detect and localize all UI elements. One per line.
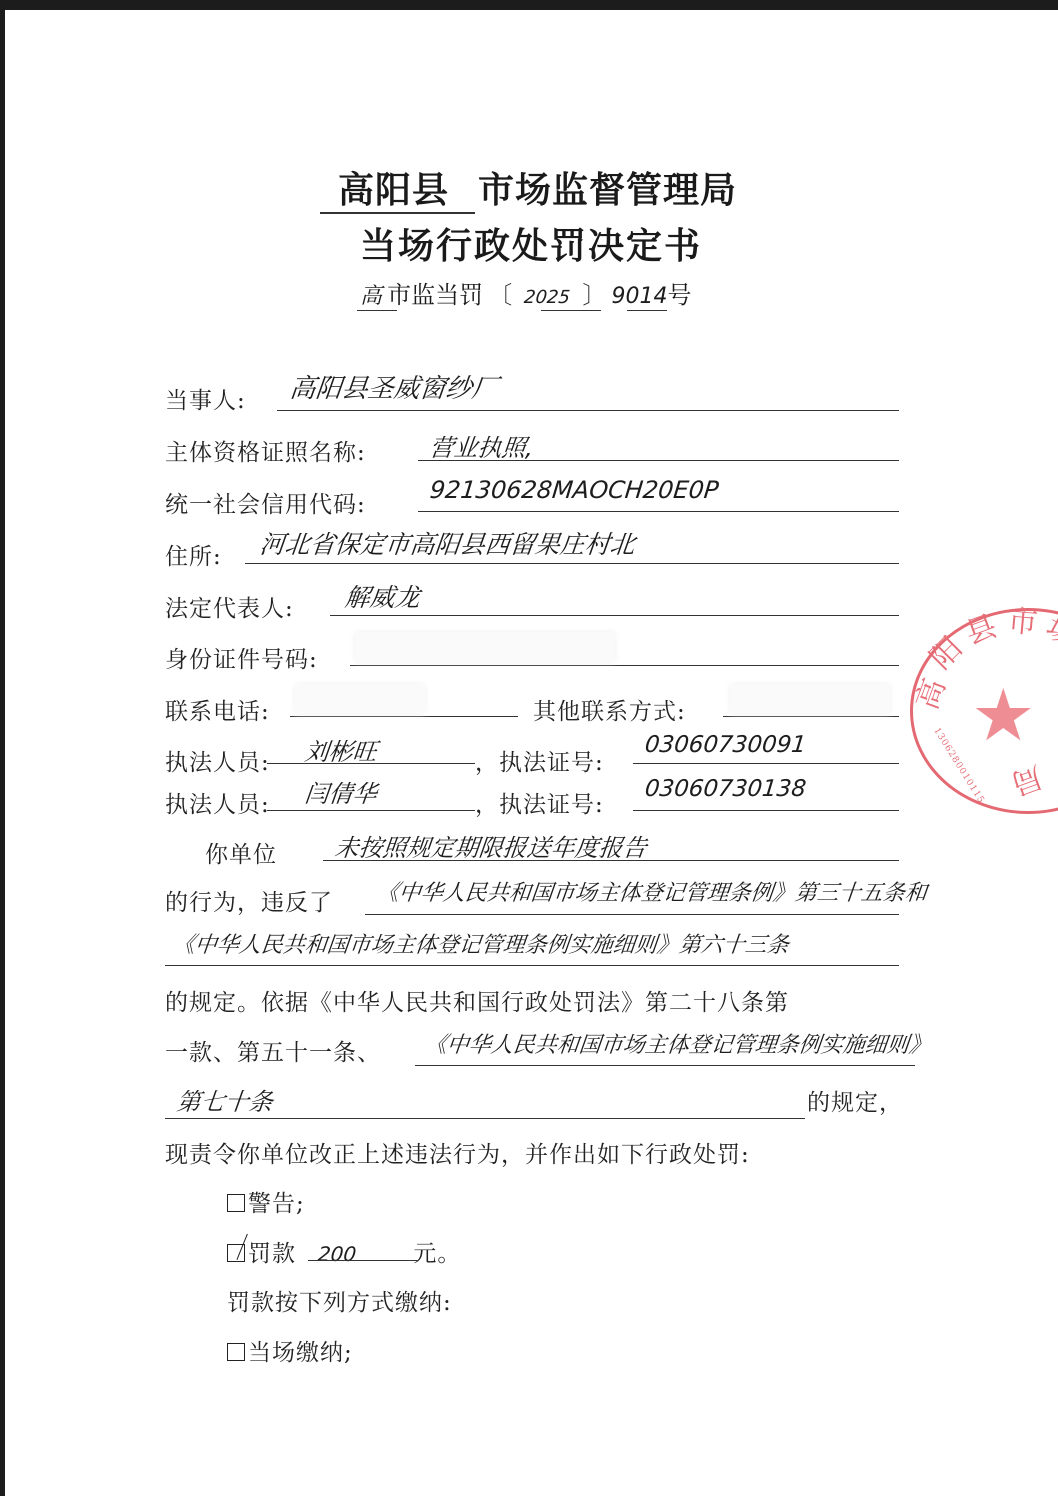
docno-bracket-close: 〕 <box>582 281 606 309</box>
docno-prefix-underline <box>357 310 397 311</box>
basis-underline-2 <box>415 1065 915 1066</box>
address-underline <box>245 563 899 564</box>
docno-bracket-open: 〔 <box>488 281 512 309</box>
seal-char-3: 县 <box>958 601 1001 653</box>
violated-law-line-2: 《中华人民共和国市场主体登记管理条例实施细则》第六十三条 <box>171 928 790 959</box>
basis-line-3-hand: 第七十条 <box>175 1082 275 1117</box>
docno-number-underline <box>627 310 667 311</box>
document-number: 高 市监当罚 〔 2025 〕 9014号 <box>360 275 691 310</box>
checkmark-icon <box>227 1230 248 1260</box>
pay-on-spot-checkbox[interactable] <box>227 1343 245 1361</box>
license-name-label: 主体资格证照名称: <box>165 434 366 467</box>
address-label: 住所: <box>165 538 222 571</box>
docno-suffix: 号 <box>667 281 691 309</box>
docno-number: 9014 <box>611 284 667 309</box>
legal-rep-label: 法定代表人: <box>165 590 294 623</box>
violated-law-underline-2 <box>165 965 899 966</box>
officer-1-cert-no: 03060730091 <box>644 732 808 758</box>
official-seal: ★ 高 阳 县 市 场 局 1306280010115 <box>910 608 1058 814</box>
docno-prefix-hand: 高 <box>360 284 382 309</box>
pay-on-spot-label: 当场缴纳; <box>248 1340 353 1366</box>
other-contact-label: 其他联系方式: <box>533 693 686 726</box>
header-county-underline <box>320 212 475 214</box>
violation-description: 未按照规定期限报送年度报告 <box>333 828 649 863</box>
header-county: 高阳县 <box>338 162 449 213</box>
officer-1-cert-underline <box>633 763 899 764</box>
penalty-warning[interactable]: 警告; <box>227 1185 305 1218</box>
penalty-fine[interactable]: 罚款 200元。 <box>227 1235 461 1268</box>
officer-1-cert-label: ，执法证号: <box>475 744 604 777</box>
document-page: 高阳县 市场监督管理局 当场行政处罚决定书 高 市监当罚 〔 2025 〕 90… <box>5 10 1058 1496</box>
fine-unit: 元。 <box>413 1241 461 1267</box>
seal-char-4: 市 <box>1006 596 1040 642</box>
officer-2-cert-no: 03060730138 <box>644 776 808 802</box>
payment-heading: 罚款按下列方式缴纳: <box>227 1284 452 1317</box>
officer-1-label: 执法人员: <box>165 744 270 777</box>
credit-code-underline <box>418 511 899 512</box>
officer-2-label: 执法人员: <box>165 786 270 819</box>
officer-1-name-underline <box>267 763 475 764</box>
seal-char-5: 场 <box>1039 603 1058 656</box>
violation-underline <box>323 860 899 861</box>
basis-line-1: 的规定。依据《中华人民共和国行政处罚法》第二十八条第 <box>165 984 789 1017</box>
unit-prefix: 你单位 <box>205 836 277 869</box>
basis-line-2-printed: 一款、第五十一条、 <box>165 1034 381 1067</box>
other-contact-underline <box>723 716 899 717</box>
other-contact-redacted <box>730 684 890 714</box>
officer-2-cert-label: ，执法证号: <box>475 786 604 819</box>
license-name-value: 营业执照, <box>428 428 535 463</box>
id-number-underline <box>350 665 899 666</box>
id-number-redacted <box>355 632 615 662</box>
party-value: 高阳县圣威窗纱厂 <box>288 368 500 405</box>
seal-star-icon: ★ <box>971 673 1036 757</box>
docno-year-underline <box>541 310 601 311</box>
header-agency: 市场监督管理局 <box>478 162 737 213</box>
party-underline <box>277 410 899 411</box>
id-number-label: 身份证件号码: <box>165 641 318 674</box>
fine-amount: 200 <box>303 1242 415 1266</box>
seal-char-2: 阳 <box>918 625 970 677</box>
docno-year: 2025 <box>516 287 578 308</box>
address-value: 河北省保定市高阳县西留果庄村北 <box>258 525 637 561</box>
phone-redacted <box>295 684 425 714</box>
officer-2-name-underline <box>267 810 475 811</box>
basis-line-3-suffix: 的规定， <box>807 1084 903 1117</box>
fine-checkbox-checked[interactable] <box>227 1244 245 1262</box>
basis-underline-3 <box>165 1118 805 1119</box>
officer-1-name: 刘彬旺 <box>303 732 379 767</box>
fine-amount-underline <box>308 1260 418 1261</box>
basis-line-2-hand: 《中华人民共和国市场主体登记管理条例实施细则》 <box>423 1028 932 1059</box>
order-text: 现责令你单位改正上述违法行为，并作出如下行政处罚: <box>165 1136 750 1169</box>
credit-code-value: 92130628MAOCH20E0P <box>429 476 720 504</box>
phone-underline <box>290 716 518 717</box>
violated-law-line-1: 《中华人民共和国市场主体登记管理条例》第三十五条和 <box>375 876 928 907</box>
pay-on-spot-option[interactable]: 当场缴纳; <box>227 1334 353 1367</box>
officer-2-name: 闫倩华 <box>303 774 379 809</box>
officer-2-cert-underline <box>633 810 899 811</box>
fine-label: 罚款 <box>248 1241 296 1267</box>
credit-code-label: 统一社会信用代码: <box>165 486 366 519</box>
document-title: 当场行政处罚决定书 <box>360 218 702 269</box>
docno-prefix: 市监当罚 <box>387 281 483 309</box>
warning-checkbox[interactable] <box>227 1194 245 1212</box>
license-name-underline <box>418 460 899 461</box>
seal-char-1: 高 <box>902 671 954 714</box>
legal-rep-underline <box>330 615 899 616</box>
violated-law-underline-1 <box>365 914 899 915</box>
seal-char-6: 局 <box>1006 757 1049 809</box>
phone-label: 联系电话: <box>165 693 270 726</box>
legal-rep-value: 解威龙 <box>343 578 422 614</box>
behavior-prefix: 的行为，违反了 <box>165 884 333 917</box>
party-label: 当事人: <box>165 382 246 415</box>
warning-label: 警告; <box>248 1191 305 1217</box>
